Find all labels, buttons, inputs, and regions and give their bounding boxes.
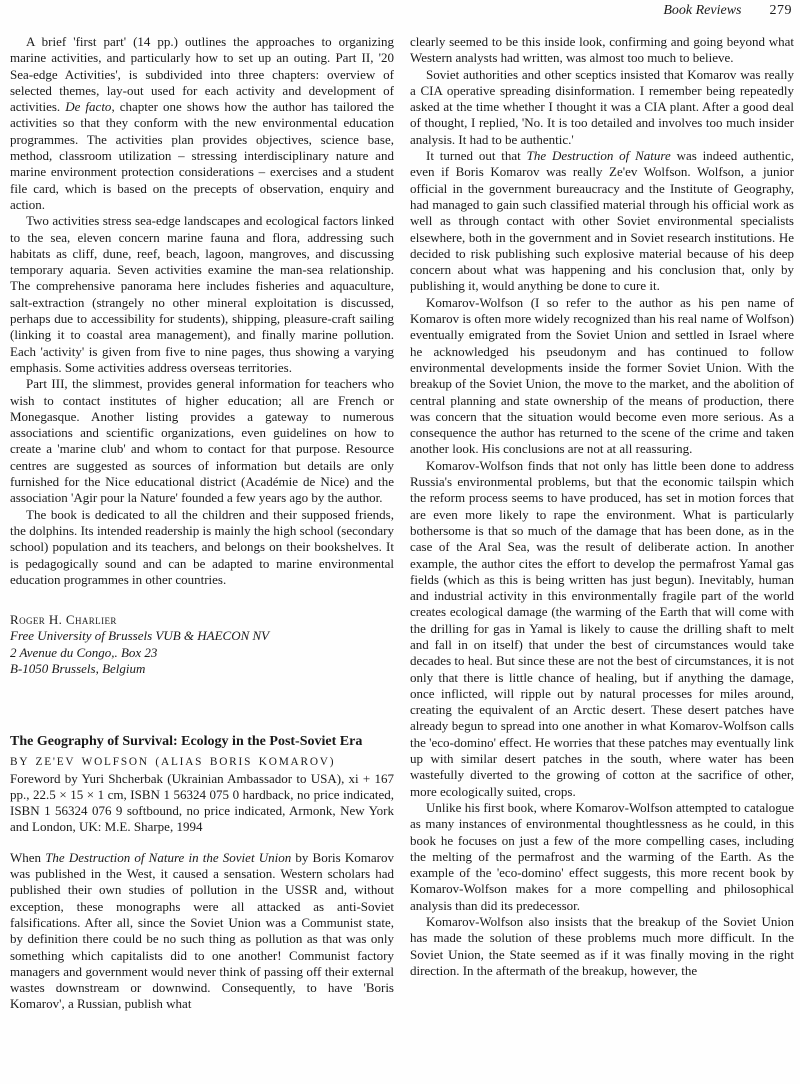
reviewer-address-line1: 2 Avenue du Congo,. Box 23 xyxy=(10,645,394,661)
paragraph: Unlike his first book, where Komarov-Wol… xyxy=(410,800,794,914)
paragraph: clearly seemed to be this inside look, c… xyxy=(410,34,794,67)
reviewer-signature: Roger H. Charlier Free University of Bru… xyxy=(10,612,394,677)
page-number: 279 xyxy=(770,3,793,18)
running-head: Book Reviews279 xyxy=(412,3,792,19)
paragraph: Part III, the slimmest, provides general… xyxy=(10,376,394,506)
paragraph: Soviet authorities and other sceptics in… xyxy=(410,67,794,148)
book-byline: BY ZE'EV WOLFSON (ALIAS BORIS KOMAROV) xyxy=(10,754,394,770)
geography-review-body-left: When The Destruction of Nature in the So… xyxy=(10,850,394,1013)
reviewer-address-line2: B-1050 Brussels, Belgium xyxy=(10,661,394,677)
book-publication-info: Foreword by Yuri Shcherbak (Ukrainian Am… xyxy=(10,771,394,836)
journal-page: Book Reviews279 A brief 'first part' (14… xyxy=(0,0,800,1084)
paragraph: Komarov-Wolfson (I so refer to the autho… xyxy=(410,295,794,458)
geography-review-heading: The Geography of Survival: Ecology in th… xyxy=(10,733,394,835)
paragraph: The book is dedicated to all the childre… xyxy=(10,507,394,588)
reviewer-name: Roger H. Charlier xyxy=(10,612,394,628)
right-column: clearly seemed to be this inside look, c… xyxy=(410,34,794,979)
geography-review-body-right: clearly seemed to be this inside look, c… xyxy=(410,34,794,979)
running-head-section: Book Reviews xyxy=(663,3,741,18)
book-title: The Geography of Survival: Ecology in th… xyxy=(10,733,394,750)
marine-review-closing-text: A brief 'first part' (14 pp.) outlines t… xyxy=(10,34,394,588)
paragraph: Komarov-Wolfson finds that not only has … xyxy=(410,458,794,800)
left-column: A brief 'first part' (14 pp.) outlines t… xyxy=(10,34,394,1013)
paragraph: It turned out that The Destruction of Na… xyxy=(410,148,794,295)
paragraph: Two activities stress sea-edge landscape… xyxy=(10,213,394,376)
paragraph: A brief 'first part' (14 pp.) outlines t… xyxy=(10,34,394,213)
reviewer-affiliation: Free University of Brussels VUB & HAECON… xyxy=(10,628,394,644)
paragraph: When The Destruction of Nature in the So… xyxy=(10,850,394,1013)
paragraph: Komarov-Wolfson also insists that the br… xyxy=(410,914,794,979)
